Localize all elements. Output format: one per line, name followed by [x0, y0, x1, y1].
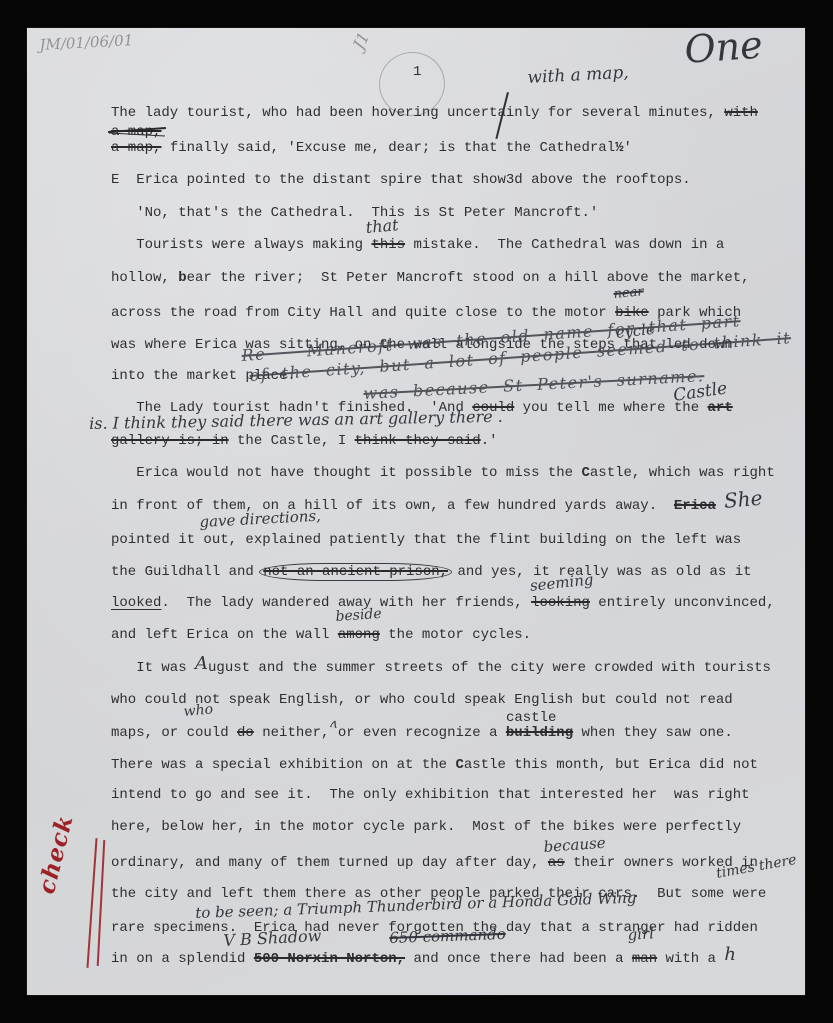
struck-typed-text: with: [724, 105, 758, 121]
typescript-line-1: The lady tourist, who had been hovering …: [111, 105, 758, 121]
struck-typed-text: this: [371, 237, 405, 253]
typed-text: astle, which was right: [590, 465, 775, 481]
typed-text: astle this month, but Erica did not: [464, 757, 758, 773]
typed-text: The lady tourist, who had been hovering …: [111, 105, 724, 121]
insert-she: She: [723, 486, 763, 513]
struck-typed-text: building: [506, 725, 573, 741]
margin-note-red: check: [33, 812, 79, 896]
paper: The lady tourist, who had been hovering …: [27, 28, 805, 995]
typed-text: E Erica pointed to the distant spire tha…: [111, 172, 691, 188]
typed-text: ordinary, and many of them turned up day…: [111, 855, 548, 871]
typed-text: looked: [111, 595, 161, 611]
typed-text: Tourists were always making: [111, 237, 371, 253]
typescript-line-22: There was a special exhibition on at the…: [111, 757, 758, 773]
struck-typed-text: among: [338, 627, 380, 643]
typed-text: b: [178, 270, 186, 286]
typescript-line-17: looked. The lady wandered away with her …: [111, 595, 775, 611]
typed-text: and left Erica on the wall: [111, 627, 338, 643]
struck-typed-text: Erica: [674, 498, 716, 514]
typed-text: 'No, that's the Cathedral. This is St Pe…: [111, 205, 598, 221]
typed-text: finally said, 'Excuse me, dear; is that …: [161, 140, 615, 156]
handwritten-character: A: [195, 653, 208, 674]
insert-because: because: [543, 834, 606, 856]
typed-text: the Guildhall and: [111, 564, 262, 580]
typescript-line-7: hollow, bear the river; St Peter Mancrof…: [111, 270, 750, 286]
typed-text: the Castle, I: [229, 433, 355, 449]
typed-text: and once there had been a: [405, 951, 632, 967]
typed-text: entirely unconvinced,: [590, 595, 775, 611]
typed-text: the motor cycles.: [380, 627, 531, 643]
typescript-line-6: Tourists were always making this mistake…: [111, 237, 724, 253]
typed-text: ear the river; St Peter Mancroft stood o…: [187, 270, 750, 286]
typed-text: in front of them, on a hill of its own, …: [111, 498, 674, 514]
typescript-line-2: a map,: [111, 124, 161, 140]
typed-text: C: [581, 465, 589, 481]
insert-beside: beside: [335, 606, 382, 625]
typescript-line-5: 'No, that's the Cathedral. This is St Pe…: [111, 205, 598, 221]
typed-text: There was a special exhibition on at the: [111, 757, 455, 773]
typed-text: ': [624, 140, 632, 156]
typed-text: hollow,: [111, 270, 178, 286]
struck-typed-text: a map,: [111, 140, 161, 156]
struck-typed-text: 500 Norxin Norton,: [254, 951, 405, 967]
typed-text: a map,: [111, 124, 161, 140]
typed-text: and yes, it really was as old as it: [449, 564, 751, 580]
typescript-line-21: maps, or could do neither, or even recog…: [111, 725, 733, 741]
typescript-line-13: Erica would not have thought it possible…: [111, 465, 775, 481]
typescript-line-12: gallery is; in the Castle, I think they …: [111, 433, 498, 449]
typed-text: with a: [657, 951, 724, 967]
typescript-line-23: intend to go and see it. The only exhibi…: [111, 787, 750, 803]
typed-text: It was: [111, 660, 195, 676]
archive-code: JM/01/06/01: [39, 31, 134, 54]
typed-text: intend to go and see it. The only exhibi…: [111, 787, 750, 803]
typescript-line-25: ordinary, and many of them turned up day…: [111, 855, 758, 871]
typescript-line-19: It was August and the summer streets of …: [111, 658, 771, 676]
typescript-line-4: E Erica pointed to the distant spire tha…: [111, 172, 691, 188]
typed-text: pointed it out, explained patiently that…: [111, 532, 741, 548]
insert-who: who: [183, 701, 214, 720]
typed-text: in on a splendid: [111, 951, 254, 967]
typescript-line-18: and left Erica on the wall among the mot…: [111, 627, 531, 643]
page-number: 1: [413, 64, 421, 80]
typescript-line-16: the Guildhall and not an ancient prison,…: [111, 563, 752, 581]
struck-typed-text: man: [632, 951, 657, 967]
struck-typed-text: as: [548, 855, 565, 871]
typed-text: ½: [615, 140, 623, 156]
typed-text: ugust and the summer streets of the city…: [208, 660, 771, 676]
scanned-manuscript-page: { "document": { "kind": "typewritten man…: [0, 0, 833, 1023]
typed-text: maps, or could: [111, 725, 237, 741]
typescript-line-28: in on a splendid 500 Norxin Norton, and …: [111, 949, 736, 967]
typescript-line-24: here, below her, in the motor cycle park…: [111, 819, 741, 835]
struck-typed-text: art: [708, 400, 733, 416]
typed-text: Erica would not have thought it possible…: [111, 465, 581, 481]
pencil-mark-j1: J1: [349, 29, 373, 52]
struck-near: near: [613, 284, 644, 302]
typescript-line-14: in front of them, on a hill of its own, …: [111, 498, 716, 514]
insert-with-a-map: with a map,: [527, 63, 629, 88]
red-margin-line-2: [97, 840, 106, 966]
struck-typed-text: looking: [531, 595, 590, 611]
typed-text: neither, or even recognize a: [254, 725, 506, 741]
chapter-number: One: [683, 23, 764, 72]
struck-typed-text: gallery is; in: [111, 433, 229, 449]
handwritten-character: h: [724, 944, 736, 965]
struck-typed-text: do: [237, 725, 254, 741]
typescript-line-15: pointed it out, explained patiently that…: [111, 532, 741, 548]
typed-text: across the road from City Hall and quite…: [111, 305, 615, 321]
red-margin-line-1: [86, 838, 97, 968]
struck-typed-text: think they said: [355, 433, 481, 449]
typed-text: mistake. The Cathedral was down in a: [405, 237, 724, 253]
struck-650-commando: 650 commando: [389, 925, 506, 947]
struck-typed-text: not an ancient prison,: [259, 563, 452, 581]
insert-that: that: [365, 215, 399, 237]
typed-text: C: [455, 757, 463, 773]
typescript-line-3: a map, finally said, 'Excuse me, dear; i…: [111, 140, 632, 156]
typed-text: here, below her, in the motor cycle park…: [111, 819, 741, 835]
typed-text: .': [481, 433, 498, 449]
insert-vb-shadow: V B Shadow: [223, 926, 322, 950]
insert-girl: girl: [627, 924, 655, 944]
typed-castle-correction: castle: [506, 710, 556, 726]
typed-text: when they saw one.: [573, 725, 733, 741]
